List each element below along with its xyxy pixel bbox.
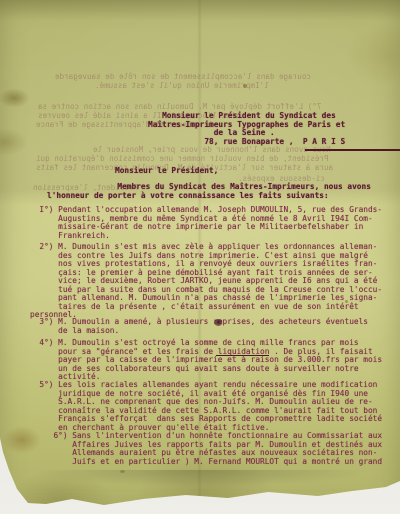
paper-stain [243, 84, 247, 88]
ink-blot [214, 319, 223, 326]
numbered-paragraph-6: 6°) Sans l'intervention d'un honnête fon… [30, 432, 382, 466]
paris-underline [305, 149, 400, 151]
numbered-paragraph-2: 2°) M. Dumoulin s'est mis avec zèle à ap… [30, 243, 382, 320]
letter-page: courage dans l'accomplissement de son rô… [0, 0, 400, 514]
recipient-address: Monsieur le Président du Syndicat des Ma… [148, 112, 345, 146]
paper-stain [120, 470, 125, 473]
numbered-paragraph-5: 5°) Les lois raciales allemandes ayant r… [30, 381, 382, 432]
scanned-letter-photo: courage dans l'accomplissement de son rô… [0, 0, 400, 514]
numbered-paragraph-1: I°) Pendant l'occupation allemande M. Jo… [30, 206, 382, 240]
paper-stain [345, 300, 348, 303]
liquidation-underline [216, 355, 269, 356]
intro-paragraph: Membres du Syndicat des Maîtres-Imprimeu… [47, 183, 371, 200]
salutation: Monsieur le Président, [115, 167, 218, 176]
numbered-paragraph-3: 3°) M. Dumoulin a amené, à plusieurs rep… [30, 318, 368, 335]
numbered-paragraph-4: 4°) M. Dumoulin s'est octroyé la somme d… [30, 339, 382, 382]
